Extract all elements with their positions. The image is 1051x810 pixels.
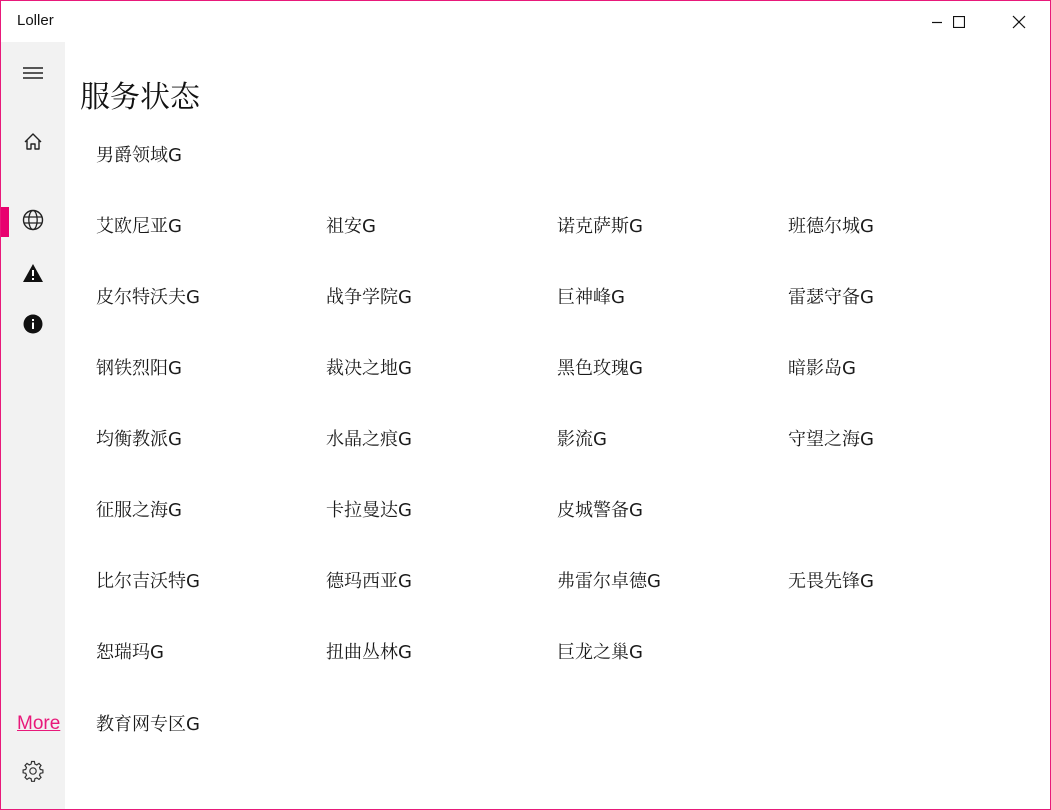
app-title: Loller (17, 12, 54, 29)
sidebar-item-warnings[interactable] (1, 251, 65, 299)
server-item[interactable]: 暗影岛G (788, 354, 856, 380)
server-item[interactable]: 皮城警备G (557, 496, 643, 522)
server-item[interactable]: 征服之海G (96, 496, 182, 522)
more-link[interactable]: More (17, 713, 60, 735)
server-item[interactable]: 皮尔特沃夫G (96, 283, 200, 309)
warning-icon (22, 263, 44, 287)
app-window: Loller (0, 0, 1051, 810)
server-item[interactable]: 祖安G (326, 212, 376, 238)
home-icon (23, 132, 43, 156)
server-item[interactable]: 教育网专区G (96, 710, 200, 736)
hamburger-icon (22, 65, 44, 85)
server-item[interactable]: 黑色玫瑰G (557, 354, 643, 380)
server-item[interactable]: 雷瑟守备G (788, 283, 874, 309)
server-item[interactable]: 扭曲丛林G (326, 638, 412, 664)
server-item[interactable]: 水晶之痕G (326, 425, 412, 451)
server-item[interactable]: 比尔吉沃特G (96, 567, 200, 593)
sidebar-item-servers[interactable] (1, 198, 65, 246)
server-item[interactable]: 均衡教派G (96, 425, 182, 451)
server-item[interactable]: 巨神峰G (557, 283, 625, 309)
server-item[interactable]: 德玛西亚G (326, 567, 412, 593)
close-button[interactable] (996, 1, 1042, 42)
sidebar-item-about[interactable] (1, 302, 65, 350)
page-title: 服务状态 (80, 72, 200, 116)
sidebar-item-home[interactable] (1, 120, 65, 168)
gear-icon (22, 760, 44, 786)
hamburger-menu-button[interactable] (1, 51, 65, 99)
globe-icon (22, 209, 44, 235)
server-item[interactable]: 无畏先锋G (788, 567, 874, 593)
main-content: 服务状态 男爵领域G 艾欧尼亚G 祖安G 诺克萨斯G 班德尔城G 皮尔特沃夫G … (65, 42, 1050, 809)
server-item[interactable]: 影流G (557, 425, 607, 451)
info-icon (23, 314, 43, 338)
close-icon (1012, 15, 1026, 29)
sidebar: More (1, 42, 65, 809)
server-item[interactable]: 恕瑞玛G (96, 638, 164, 664)
server-item[interactable]: 卡拉曼达G (326, 496, 412, 522)
server-item-featured[interactable]: 男爵领域G (96, 141, 182, 167)
maximize-icon (953, 16, 965, 28)
server-item[interactable]: 战争学院G (326, 283, 412, 309)
server-item[interactable]: 诺克萨斯G (557, 212, 643, 238)
server-item[interactable]: 巨龙之巢G (557, 638, 643, 664)
server-item[interactable]: 弗雷尔卓德G (557, 567, 661, 593)
server-item[interactable]: 裁决之地G (326, 354, 412, 380)
title-bar: Loller (1, 1, 1050, 42)
server-item[interactable]: 艾欧尼亚G (96, 212, 182, 238)
server-item[interactable]: 班德尔城G (788, 212, 874, 238)
server-item[interactable]: 守望之海G (788, 425, 874, 451)
settings-button[interactable] (1, 749, 65, 797)
server-item[interactable]: 钢铁烈阳G (96, 354, 182, 380)
maximize-button[interactable] (936, 1, 982, 42)
